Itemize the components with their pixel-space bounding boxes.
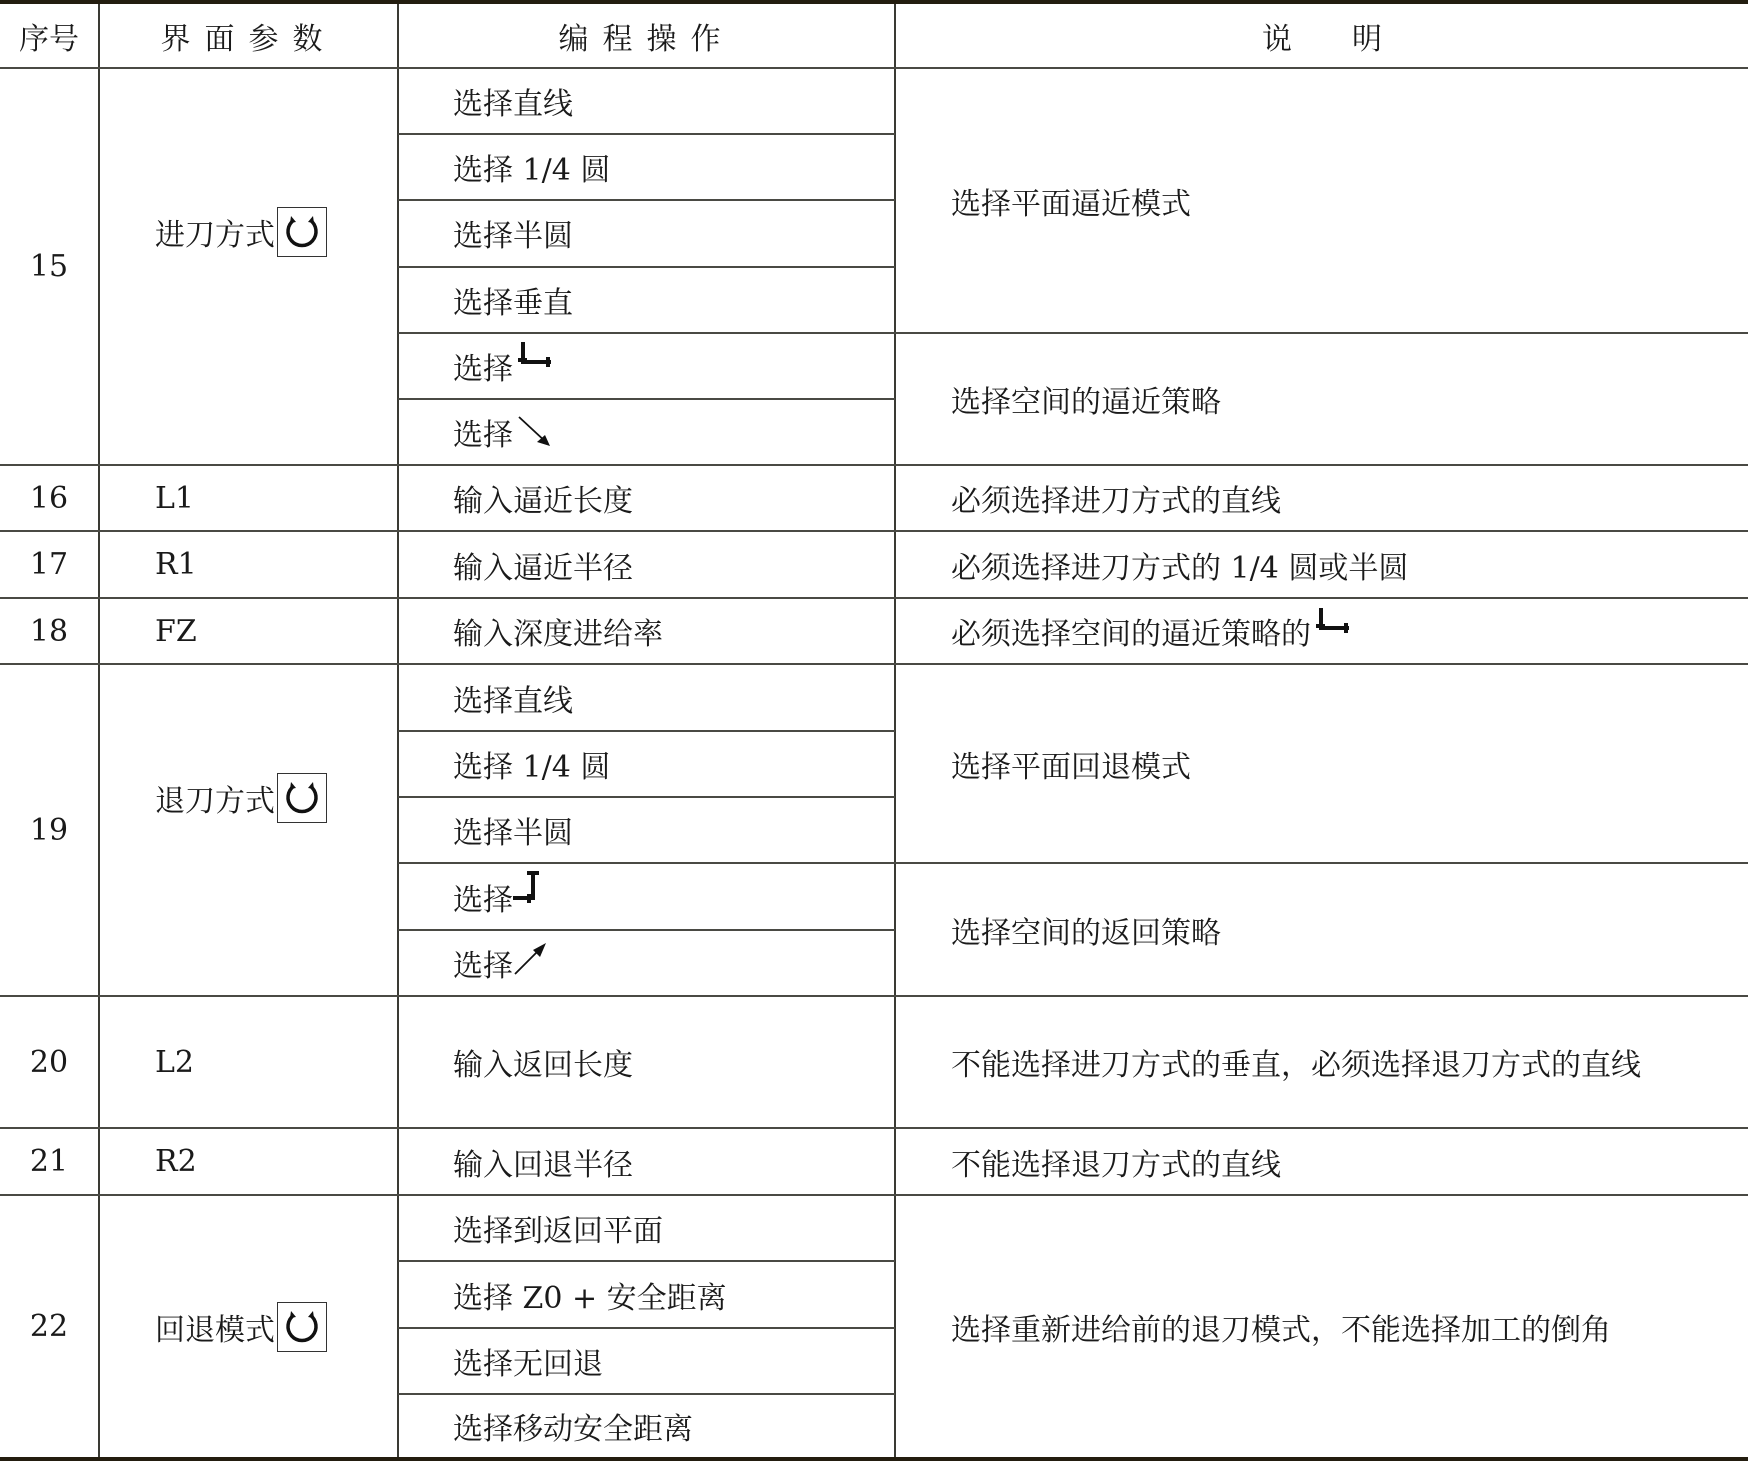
cycle-toggle-icon[interactable] bbox=[277, 207, 327, 257]
op-item: 输入深度进给率 bbox=[453, 599, 663, 663]
op-item: 选择半圆 bbox=[453, 201, 573, 265]
note-text: 选择重新进给前的退刀模式，不能选择加工的倒角 bbox=[951, 1196, 1611, 1457]
row-15-param: 进刀方式 bbox=[155, 69, 397, 394]
row-divider bbox=[0, 597, 1748, 599]
param-label: 进刀方式 bbox=[155, 210, 275, 254]
row-19-param: 退刀方式 bbox=[155, 665, 397, 930]
op-item: 输入逼近半径 bbox=[453, 532, 633, 597]
op-label: 选择 bbox=[453, 410, 513, 454]
row-21-no: 21 bbox=[0, 1129, 98, 1194]
op-item: 选择移动安全距离 bbox=[453, 1395, 693, 1457]
row-divider bbox=[0, 464, 1748, 466]
row-15-no: 15 bbox=[0, 69, 98, 464]
op-label: 选择 bbox=[453, 875, 513, 919]
note-text: 选择空间的逼近策略 bbox=[951, 334, 1221, 464]
op-item: 选择 bbox=[453, 931, 549, 995]
op-label: 选择 bbox=[453, 941, 513, 985]
column-divider bbox=[98, 4, 100, 1457]
row-19-no: 19 bbox=[0, 665, 98, 995]
op-item: 输入回退半径 bbox=[453, 1129, 633, 1194]
op-item: 选择 Z0 + 安全距离 bbox=[453, 1262, 727, 1327]
op-item: 输入返回长度 bbox=[453, 997, 633, 1127]
cycle-toggle-icon[interactable] bbox=[277, 773, 327, 823]
op-item: 选择 1/4 圆 bbox=[453, 135, 610, 199]
approach-down-right-icon bbox=[517, 340, 557, 376]
op-item: 选择 bbox=[453, 334, 557, 398]
note-label: 必须选择空间的逼近策略的 bbox=[951, 609, 1311, 653]
note-text: 必须选择进刀方式的 1/4 圆或半圆 bbox=[951, 532, 1408, 597]
op-item: 选择垂直 bbox=[453, 268, 573, 332]
param-label: 退刀方式 bbox=[155, 776, 275, 820]
param-label: 回退模式 bbox=[155, 1305, 275, 1349]
row-16-param: L1 bbox=[155, 466, 194, 530]
row-18-param: FZ bbox=[155, 599, 197, 663]
op-item: 选择直线 bbox=[453, 69, 573, 133]
note-text: 选择平面回退模式 bbox=[951, 665, 1191, 862]
op-item: 选择 1/4 圆 bbox=[453, 732, 610, 796]
header-operation: 编程操作 bbox=[399, 4, 894, 67]
diagonal-arrow-down-right-icon bbox=[517, 415, 553, 449]
table-bottom-border bbox=[0, 1457, 1748, 1461]
row-17-no: 17 bbox=[0, 532, 98, 597]
diagonal-arrow-up-right-icon bbox=[513, 940, 549, 976]
row-17-param: R1 bbox=[155, 532, 197, 597]
retract-right-up-icon bbox=[511, 868, 551, 908]
row-18-no: 18 bbox=[0, 599, 98, 663]
row-20-no: 20 bbox=[0, 997, 98, 1127]
note-text: 选择空间的返回策略 bbox=[951, 864, 1221, 995]
op-item: 输入逼近长度 bbox=[453, 466, 633, 530]
note-text: 不能选择退刀方式的直线 bbox=[951, 1129, 1281, 1194]
op-item: 选择半圆 bbox=[453, 798, 573, 862]
note-text: 不能选择进刀方式的垂直，必须选择退刀方式的直线 bbox=[951, 997, 1641, 1127]
header-no: 序号 bbox=[0, 4, 98, 67]
op-item: 选择 bbox=[453, 400, 553, 464]
row-20-param: L2 bbox=[155, 997, 194, 1127]
note-text: 必须选择空间的逼近策略的 bbox=[951, 599, 1355, 663]
op-item: 选择直线 bbox=[453, 665, 573, 730]
note-text: 必须选择进刀方式的直线 bbox=[951, 466, 1281, 530]
row-22-no: 22 bbox=[0, 1196, 98, 1457]
header-description: 说 明 bbox=[896, 4, 1748, 67]
note-text: 选择平面逼近模式 bbox=[951, 69, 1191, 332]
op-item: 选择无回退 bbox=[453, 1329, 603, 1393]
header-param: 界面参数 bbox=[100, 4, 397, 67]
row-21-param: R2 bbox=[155, 1129, 197, 1194]
row-16-no: 16 bbox=[0, 466, 98, 530]
row-divider bbox=[0, 530, 1748, 532]
cycle-toggle-icon[interactable] bbox=[277, 1302, 327, 1352]
op-item: 选择 bbox=[453, 864, 551, 929]
op-item: 选择到返回平面 bbox=[453, 1196, 663, 1260]
row-22-param: 回退模式 bbox=[155, 1196, 397, 1457]
row-divider bbox=[0, 1127, 1748, 1129]
approach-down-right-icon bbox=[1315, 606, 1355, 642]
op-label: 选择 bbox=[453, 344, 513, 388]
